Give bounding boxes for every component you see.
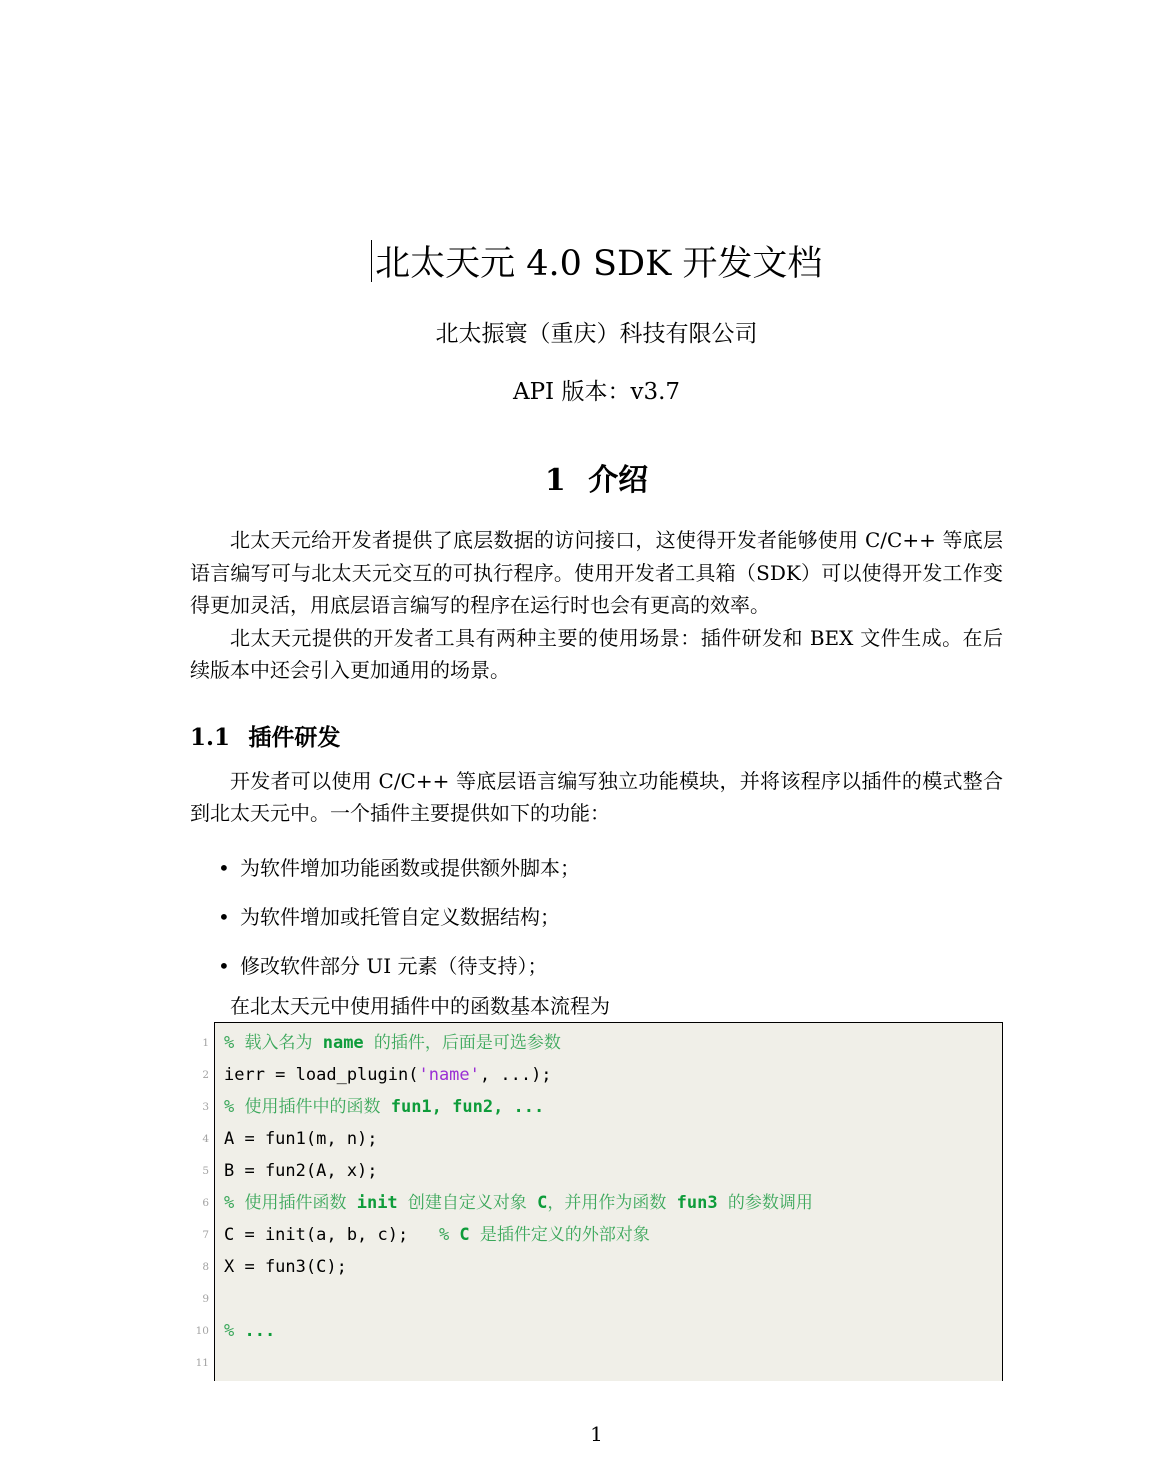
subsection-number: 1.1 [190, 724, 230, 751]
code-line: ierr = load_plugin('name', ...); [224, 1059, 1002, 1091]
company-name: 北太振寰（重庆）科技有限公司 [190, 318, 1003, 350]
code-area: % 载入名为 name 的插件，后面是可选参数ierr = load_plugi… [214, 1022, 1003, 1381]
code-segment: fun3 [677, 1193, 718, 1213]
intro-paragraph-2: 北太天元提供的开发者工具有两种主要的使用场景：插件研发和 BEX 文件生成。在后… [190, 622, 1003, 687]
code-line: % 载入名为 name 的插件，后面是可选参数 [224, 1027, 1002, 1059]
code-segment: C [537, 1193, 547, 1213]
code-segment: % [224, 1321, 244, 1341]
intro-paragraph-1: 北太天元给开发者提供了底层数据的访问接口，这使得开发者能够使用 C/C++ 等底… [190, 524, 1003, 622]
section-label: 介绍 [588, 463, 648, 498]
line-number: 8 [190, 1251, 214, 1283]
code-line: C = init(a, b, c); % C 是插件定义的外部对象 [224, 1219, 1002, 1251]
line-number: 7 [190, 1219, 214, 1251]
code-segment: % [439, 1225, 459, 1245]
plugin-paragraph-1: 开发者可以使用 C/C++ 等底层语言编写独立功能模块，并将该程序以插件的模式整… [190, 765, 1003, 830]
plugin-paragraph-2: 在北太天元中使用插件中的函数基本流程为 [190, 990, 1003, 1023]
code-line: X = fun3(C); [224, 1251, 1002, 1283]
line-number: 4 [190, 1123, 214, 1155]
page-footer: 1 [190, 1421, 1003, 1477]
line-number: 11 [190, 1347, 214, 1379]
document-title-text: 北太天元 4.0 SDK 开发文档 [375, 244, 822, 284]
code-block: 1234567891011 % 载入名为 name 的插件，后面是可选参数ier… [190, 1022, 1003, 1381]
document-title: 北太天元 4.0 SDK 开发文档 [190, 240, 1003, 288]
code-segment: 是插件定义的外部对象 [470, 1225, 650, 1245]
line-number: 10 [190, 1315, 214, 1347]
section-heading-intro: 1介绍 [190, 460, 1003, 502]
feature-list: 为软件增加功能函数或提供额外脚本；为软件增加或托管自定义数据结构；修改软件部分 … [190, 852, 1003, 982]
line-number: 6 [190, 1187, 214, 1219]
code-segment: 创建自定义对象 [398, 1193, 537, 1213]
document-page: 北太天元 4.0 SDK 开发文档 北太振寰（重庆）科技有限公司 API 版本：… [0, 0, 1176, 1483]
code-segment: X = fun3(C); [224, 1257, 347, 1277]
code-segment: % 使用插件中的函数 [224, 1097, 391, 1117]
code-line: % 使用插件函数 init 创建自定义对象 C，并用作为函数 fun3 的参数调… [224, 1187, 1002, 1219]
code-segment: 的参数调用 [718, 1193, 813, 1213]
code-segment: B = fun2(A, x); [224, 1161, 378, 1181]
page-number: 1 [590, 1422, 603, 1446]
code-line-numbers: 1234567891011 [190, 1022, 214, 1381]
line-number: 3 [190, 1091, 214, 1123]
code-segment: ... [244, 1321, 275, 1341]
code-segment: init [357, 1193, 398, 1213]
code-segment: ，并用作为函数 [547, 1193, 676, 1213]
code-line [224, 1347, 1002, 1379]
line-number: 1 [190, 1027, 214, 1059]
text-cursor-bar [371, 240, 373, 282]
line-number: 9 [190, 1283, 214, 1315]
code-segment: C [459, 1225, 469, 1245]
feature-list-item: 为软件增加功能函数或提供额外脚本； [190, 852, 1003, 884]
feature-list-item: 为软件增加或托管自定义数据结构； [190, 901, 1003, 933]
feature-list-item: 修改软件部分 UI 元素（待支持）； [190, 950, 1003, 982]
code-segment: ierr = load_plugin( [224, 1065, 418, 1085]
api-version: API 版本：v3.7 [190, 376, 1003, 408]
code-segment: % 载入名为 [224, 1033, 323, 1053]
section-heading-plugin: 1.1插件研发 [190, 721, 1003, 755]
code-segment: C = init(a, b, c); [224, 1225, 439, 1245]
code-line: B = fun2(A, x); [224, 1155, 1002, 1187]
line-number: 2 [190, 1059, 214, 1091]
code-segment: 'name' [418, 1065, 479, 1085]
line-number: 5 [190, 1155, 214, 1187]
code-segment: A = fun1(m, n); [224, 1129, 378, 1149]
section-number: 1 [545, 463, 566, 498]
code-segment: fun1, fun2, ... [391, 1097, 545, 1117]
code-line: % 使用插件中的函数 fun1, fun2, ... [224, 1091, 1002, 1123]
code-segment: % 使用插件函数 [224, 1193, 357, 1213]
code-segment: , ...); [480, 1065, 552, 1085]
code-line: A = fun1(m, n); [224, 1123, 1002, 1155]
code-line [224, 1283, 1002, 1315]
code-segment: 的插件，后面是可选参数 [364, 1033, 561, 1053]
code-line: % ... [224, 1315, 1002, 1347]
code-segment: name [323, 1033, 364, 1053]
subsection-label: 插件研发 [248, 725, 340, 751]
